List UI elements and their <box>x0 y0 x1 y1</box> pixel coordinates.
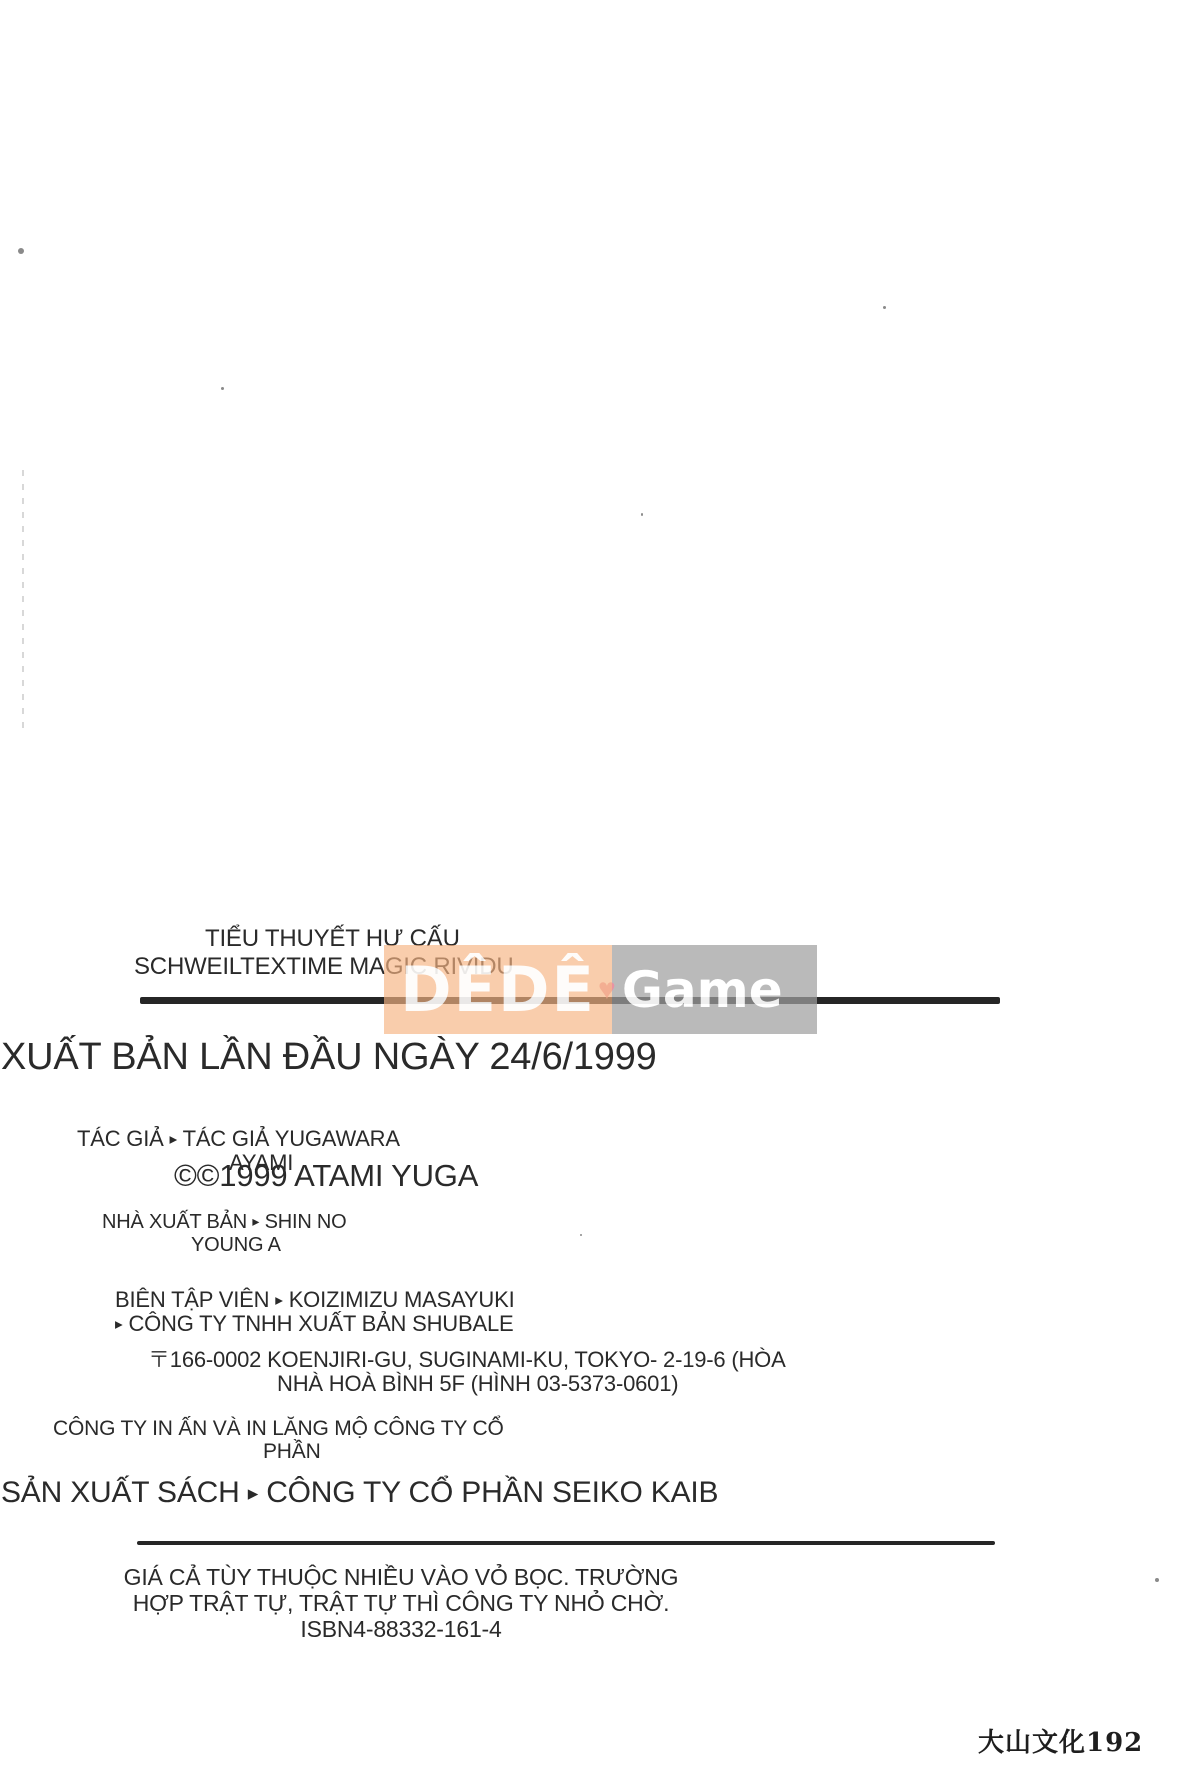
isbn: ISBN4-88332-161-4 <box>98 1618 704 1641</box>
publisher-line: NHÀ XUẤT BẢN ▸ SHIN NO <box>102 1212 347 1232</box>
publisher-label: NHÀ XUẤT BẢN <box>102 1211 247 1233</box>
author-label: TÁC GIẢ <box>77 1126 164 1151</box>
first-edition-date: XUẤT BẢN LẦN ĐẦU NGÀY 24/6/1999 <box>1 1038 657 1076</box>
editor-label: BIÊN TẬP VIÊN <box>115 1287 269 1312</box>
author-line: TÁC GIẢ ▸ TÁC GIẢ YUGAWARA <box>77 1128 400 1150</box>
publisher-value: SHIN NO <box>265 1211 347 1233</box>
editor-line: BIÊN TẬP VIÊN ▸ KOIZIMIZU MASAYUKI <box>115 1289 514 1311</box>
address-line-1: 〒166-0002 KOENJIRI-GU, SUGINAMI-KU, TOKY… <box>148 1349 786 1371</box>
arrow-icon: ▸ <box>252 1213 259 1229</box>
editor-value: KOIZIMIZU MASAYUKI <box>289 1287 515 1312</box>
scan-speck <box>221 387 224 390</box>
watermark-brand: Game <box>622 961 783 1019</box>
watermark-logo: DÊDÊ <box>400 953 596 1026</box>
binding-value: CÔNG TY CỔ PHẦN SEIKO KAIB <box>266 1476 718 1509</box>
scan-speck <box>580 1234 582 1236</box>
arrow-icon: ▸ <box>275 1292 283 1309</box>
printer-line-1: CÔNG TY IN ẤN VÀ IN LĂNG MỘ CÔNG TY CỔ <box>53 1418 504 1439</box>
scan-speck <box>883 306 886 309</box>
arrow-icon: ▸ <box>115 1316 123 1333</box>
watermark: DÊDÊ ♥ Game <box>384 945 817 1034</box>
binding-line: SẢN XUẤT SÁCH ▸ CÔNG TY CỔ PHẦN SEIKO KA… <box>1 1478 718 1508</box>
printer-line-2: PHẦN <box>263 1441 321 1462</box>
scan-speck <box>641 513 643 516</box>
address-line-2: NHÀ HOÀ BÌNH 5F (HÌNH 03-5373-0601) <box>277 1373 678 1395</box>
scan-speck <box>1155 1578 1159 1582</box>
library-stamp: 大山文化192 <box>978 1722 1143 1759</box>
arrow-icon: ▸ <box>170 1131 178 1148</box>
watermark-logo-block: DÊDÊ <box>384 945 612 1034</box>
price-note-line-1: GIÁ CẢ TÙY THUỘC NHIỀU VÀO VỎ BỌC. TRƯỜN… <box>98 1566 704 1589</box>
binding-label: SẢN XUẤT SÁCH <box>1 1476 240 1509</box>
bottom-divider <box>137 1541 995 1545</box>
scan-edge-artifact <box>22 470 24 730</box>
publisher-value-continued: YOUNG A <box>191 1235 281 1255</box>
company-line: ▸ CÔNG TY TNHH XUẤT BẢN SHUBALE <box>115 1313 513 1335</box>
watermark-brand-block: ♥ Game <box>612 945 817 1034</box>
scan-speck <box>18 248 24 254</box>
author-value: TÁC GIẢ YUGAWARA <box>183 1126 400 1151</box>
arrow-icon: ▸ <box>248 1482 258 1505</box>
copyright-notice: ©©1999 ATAMI YUGA <box>174 1160 478 1191</box>
price-note-line-2: HỢP TRẬT TỰ, TRẬT TỰ THÌ CÔNG TY NHỎ CHỜ… <box>98 1592 704 1615</box>
company-name: CÔNG TY TNHH XUẤT BẢN SHUBALE <box>128 1311 513 1336</box>
